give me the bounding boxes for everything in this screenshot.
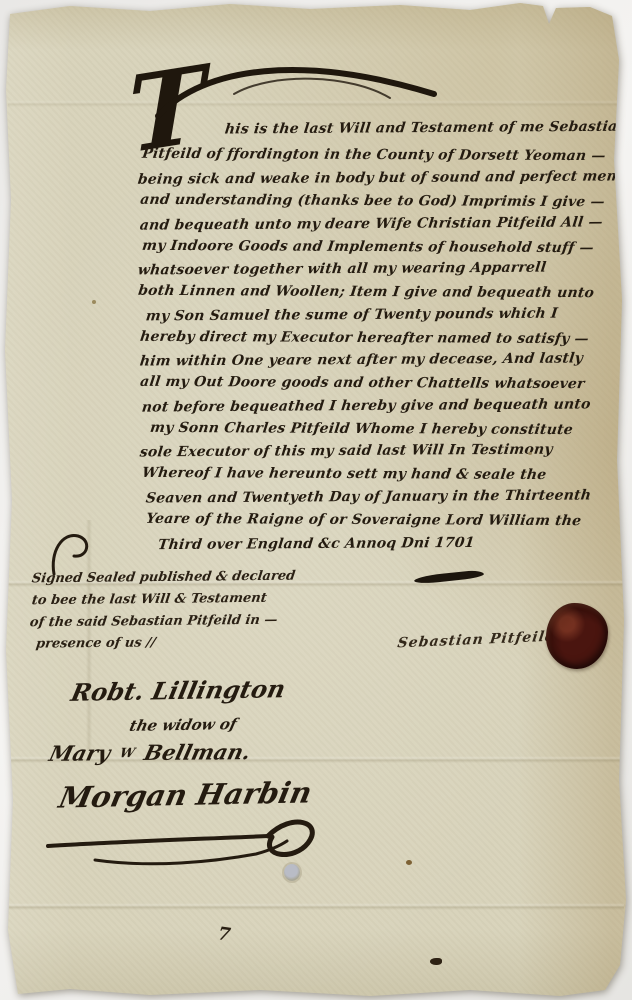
will-body-line: Seaven and Twentyeth Day of January in t… bbox=[145, 487, 592, 507]
fold-crease bbox=[8, 903, 624, 910]
witness-signature-widow-note: the widow of bbox=[128, 715, 239, 735]
paper-sheet: T his is the last Will and Testament of … bbox=[0, 0, 632, 1000]
witness-signature-morgan-harbin: Morgan Harbin bbox=[56, 775, 315, 814]
attestation-line: of the said Sebastian Pitfeild in — bbox=[29, 613, 279, 631]
will-body-line: Whereof I have hereunto sett my hand & s… bbox=[141, 465, 547, 484]
witness-signature-mary-bellman: MaryWBellman. bbox=[47, 739, 254, 766]
signature-underline-flourish bbox=[40, 812, 340, 867]
will-body-line: Yeare of the Raigne of or Soveraigne Lor… bbox=[145, 511, 582, 530]
will-body-line: my Sonn Charles Pitfeild Whome I hereby … bbox=[149, 420, 574, 439]
stain-speck bbox=[616, 138, 621, 142]
will-body-line: not before bequeathed I hereby give and … bbox=[141, 396, 592, 416]
attestation-line: Signed Sealed published & declared bbox=[31, 569, 296, 587]
attestation-line: to bee the last Will & Testament bbox=[31, 591, 268, 609]
paper-hole-mark bbox=[284, 864, 300, 881]
will-body-line: all my Out Doore goods and other Chattel… bbox=[139, 374, 586, 393]
will-body-line: hereby direct my Executor hereafter name… bbox=[139, 329, 590, 348]
stain-speck bbox=[528, 452, 532, 455]
will-body-line: my Indoore Goods and Implements of house… bbox=[141, 238, 595, 257]
ink-mark: 7 bbox=[217, 923, 232, 946]
will-body-line: both Linnen and Woollen; Item I give and… bbox=[137, 283, 595, 302]
will-body-line: Third over England &c Annoq Dni 1701 bbox=[157, 535, 476, 554]
witness-mark: W bbox=[108, 746, 146, 761]
will-body-line: and bequeath unto my deare Wife Christia… bbox=[139, 214, 604, 234]
will-body-line: Pitfeild of ffordington in the County of… bbox=[141, 146, 606, 165]
stain-speck bbox=[406, 860, 412, 865]
stain-speck bbox=[92, 300, 96, 304]
testator-signature: Sebastian Pitfeild bbox=[396, 629, 557, 652]
will-body-line: my Son Samuel the sume of Twenty pounds … bbox=[145, 306, 559, 326]
scanned-manuscript: T his is the last Will and Testament of … bbox=[0, 0, 632, 1000]
witness-surname-bellman: Bellman. bbox=[142, 739, 254, 765]
will-body-line: and understanding (thanks bee to God) Im… bbox=[139, 192, 606, 211]
will-body-line: being sick and weake in body but of soun… bbox=[137, 168, 632, 188]
ink-speck bbox=[430, 958, 442, 965]
will-body-line: whatsoever together with all my wearing … bbox=[137, 260, 547, 280]
witness-signature-lillington: Robt. Lillington bbox=[68, 674, 288, 707]
will-body-line: his is the last Will and Testament of me… bbox=[224, 119, 632, 139]
will-body-line: sole Executor of this my said last Will … bbox=[139, 442, 554, 462]
will-body-line: him within One yeare next after my decea… bbox=[139, 350, 584, 370]
witness-name-mary: Mary bbox=[47, 740, 113, 766]
red-wax-seal bbox=[546, 603, 608, 669]
attestation-line: presence of us // bbox=[35, 635, 157, 652]
ink-dash-stroke bbox=[414, 569, 484, 584]
